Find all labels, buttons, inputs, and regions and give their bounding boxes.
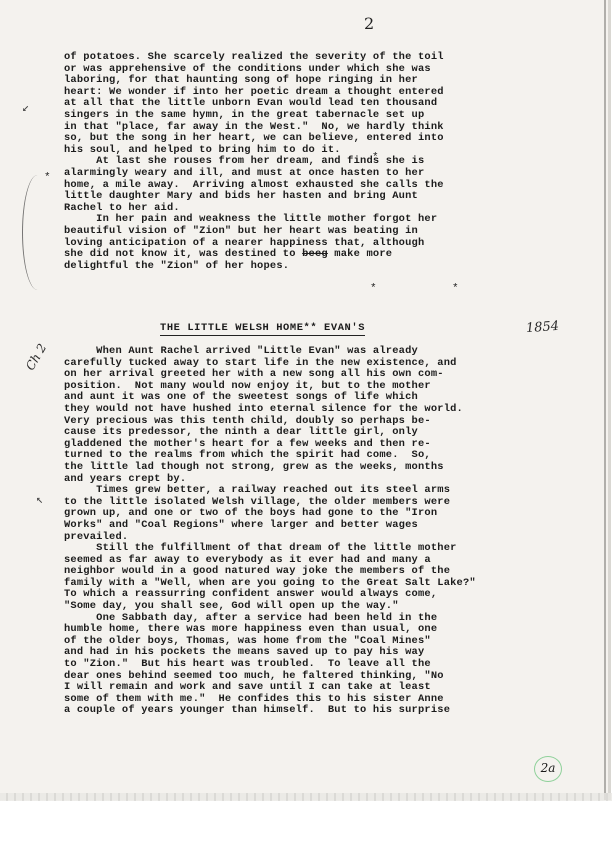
page-number: 2 — [364, 14, 374, 33]
text-line: of potatoes. She scarcely realized the s… — [64, 52, 534, 64]
section-1-body: of potatoes. She scarcely realized the s… — [64, 52, 534, 272]
section-2-body: When Aunt Rachel arrived "Little Evan" w… — [64, 346, 534, 717]
text-line: so, but the song in her heart, we can be… — [64, 133, 534, 145]
struck-out-word: beeg — [302, 248, 328, 260]
text-line: cause its predessor, the ninth a dear li… — [64, 427, 534, 439]
text-line: a couple of years younger than himself. … — [64, 705, 534, 717]
text-line: they would not have hushed into eternal … — [64, 404, 534, 416]
text-line: she did not know it, was destined to bee… — [64, 249, 534, 261]
text-line: singers in the same hymn, in the great t… — [64, 110, 534, 122]
text-line: beautiful vision of "Zion" but her heart… — [64, 226, 534, 238]
page-edge-shadow — [604, 0, 606, 800]
star-mark-icon: * — [370, 283, 377, 295]
text-line: alarmingly weary and ill, and must at on… — [64, 168, 534, 180]
circled-page-number: 2a — [534, 756, 562, 782]
text-line: When Aunt Rachel arrived "Little Evan" w… — [64, 346, 534, 358]
text-line: the little lad though not strong, grew a… — [64, 462, 534, 474]
star-mark-icon: * — [372, 152, 379, 164]
text-line: little daughter Mary and bids her hasten… — [64, 191, 534, 203]
section-heading: THE LITTLE WELSH HOME** EVAN'S — [160, 322, 365, 336]
text-line: "Some day, you shall see, God will open … — [64, 601, 534, 613]
star-mark-icon: * — [44, 172, 51, 184]
text-line: delightful the "Zion" of her hopes. — [64, 261, 534, 273]
handwritten-year-annotation: 1854 — [526, 319, 560, 336]
text-line: to "Zion." But his heart was troubled. T… — [64, 659, 534, 671]
text-line: Works" and "Coal Regions" where larger a… — [64, 520, 534, 532]
page-bottom-edge — [0, 793, 612, 801]
margin-bracket-mark — [22, 175, 53, 290]
text-line: Still the fulfillment of that dream of t… — [64, 543, 534, 555]
margin-tick-icon: ↖ — [36, 492, 43, 507]
text-line: Times grew better, a railway reached out… — [64, 485, 534, 497]
margin-tick-icon: ↙ — [22, 100, 29, 115]
star-mark-icon: * — [452, 283, 459, 295]
